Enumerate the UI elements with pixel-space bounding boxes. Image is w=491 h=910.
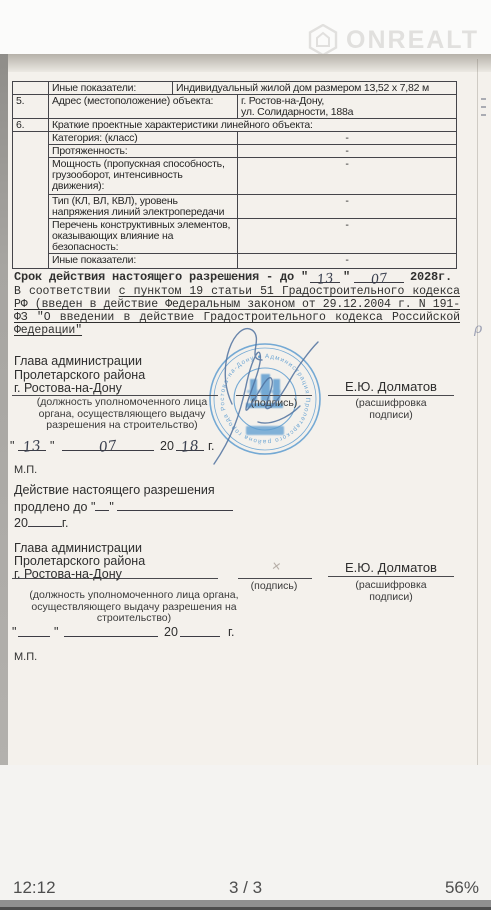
table-row: Тип (КЛ, ВЛ, КВЛ), уровень напряжения ли… [13,195,457,219]
table-row: Иные показатели: - [13,254,457,269]
extension-year-blank [28,514,62,527]
extension-quote: " [109,500,113,514]
signature-label: (подпись) [236,398,312,410]
signature-line [238,578,312,579]
date-year-printed: 20 [160,440,174,454]
handwritten-month: 07 [98,438,118,456]
date-month-blank [64,624,158,637]
seal-mark: М.П. [14,464,37,478]
signer-name: Е.Ю. Долматов [330,380,452,394]
date-quote: " [12,626,16,640]
margin-dash-marks [481,114,486,116]
top-app-band: ONREALT [0,0,491,54]
handwritten-year: 18 [180,438,200,456]
official-title-issued: Глава администрации Пролетарского района… [14,355,145,396]
row-value: - [238,219,457,254]
page-indicator: 3 / 3 [0,878,491,898]
legal-note: В соответствии с пунктом 19 статьи 51 Гр… [14,285,460,337]
table-row: Иные показатели: Индивидуальный жилой до… [13,82,457,95]
official-title-extension: Глава администрации Пролетарского района… [14,542,145,581]
row-value: - [238,254,457,269]
decode-line: подписи) [328,410,454,422]
role-note-line: разрешения на строительство) [16,420,228,432]
extension-day-blank [95,498,109,511]
document-photo[interactable]: ρ Иные показатели: Индивидуальный жилой … [0,54,491,765]
row-value: - [238,132,457,145]
row-value: - [238,145,457,158]
row-value: г. Ростов-на-Дону, ул. Солидарности, 188… [238,95,457,119]
table-row: 6. Краткие проектные характеристики лине… [13,119,457,132]
validity-month-blank: 07 [354,270,404,283]
date-day-blank [18,624,50,637]
validity-year: 2028г. [410,270,452,284]
scan-top-shadow [0,54,491,72]
date-day-blank: 13 [18,438,46,451]
decode-line: (расшифровка [328,398,454,410]
legal-note-plain: В соответствии [14,285,111,298]
date-year-printed: 20 [164,626,178,640]
extension-line: 20г. [14,514,233,531]
extension-heading: Действие настоящего разрешения продлено … [14,483,233,531]
table-row: Мощность (пропускная способность, грузоо… [13,158,457,195]
row-number: 5. [13,95,49,119]
margin-dash-marks [481,106,486,108]
row-label: Перечень конструктивных элементов, оказы… [49,219,238,254]
official-title-line: г. Ростова-на-Дону [14,382,145,396]
row-label: Протяженность: [49,145,238,158]
address-line: ул. Солидарности, 188а [241,107,453,118]
watermark-brand-label: ONREALT [346,26,479,55]
table-row: Категория: (класс) - [13,132,457,145]
margin-hand-letter: ρ [474,321,482,337]
name-signature-line [328,395,454,396]
date-quote: " [50,440,54,454]
paper-fold-line [477,59,478,765]
date-month-blank: 07 [62,438,154,451]
extension-line: Действие настоящего разрешения [14,483,233,498]
date-year-blank [180,624,220,637]
battery-percentage-label: 56% [445,878,479,898]
row-label: Иные показатели: [49,82,173,95]
row-value: - [238,195,457,219]
row-label: Тип (КЛ, ВЛ, КВЛ), уровень напряжения ли… [49,195,238,219]
table-row: 5. Адрес (местоположение) объекта: г. Ро… [13,95,457,119]
extension-date-blank [117,498,233,511]
signer-name: Е.Ю. Долматов [330,561,452,575]
validity-quote: " [343,270,350,284]
signature-line [236,395,312,396]
extension-line: продлено до "" [14,498,233,515]
role-note: (должность уполномоченного лица органа, … [14,590,254,625]
date-year-suffix: г. [228,626,235,640]
scan-left-edge [0,54,8,765]
name-decode-note: (расшифровка подписи) [328,398,454,421]
decode-line: подписи) [328,592,454,604]
nav-progress-bar [0,900,491,907]
status-bar: 12:12 3 / 3 56% [0,876,491,900]
role-note-line: (должность уполномоченного лица [16,397,228,409]
role-signature-line [12,578,218,579]
row-value: Индивидуальный жилой дом размером 13,52 … [173,82,457,95]
row-number: 6. [13,119,49,132]
role-note-line: строительство) [14,613,254,625]
date-year-blank: 18 [176,438,204,451]
row-label: Иные показатели: [49,254,238,269]
name-signature-line [328,576,454,577]
permit-table: Иные показатели: Индивидуальный жилой до… [12,81,457,269]
role-note: (должность уполномоченного лица органа, … [16,397,228,432]
row-number [13,82,49,95]
table-row: Протяженность: - [13,145,457,158]
row-label: Адрес (местоположение) объекта: [49,95,238,119]
onrealt-logo-icon [308,24,338,56]
seal-mark: М.П. [14,651,37,665]
handwritten-day: 13 [22,438,42,456]
row-label: Краткие проектные характеристики линейно… [49,119,457,132]
onrealt-watermark: ONREALT [308,24,479,56]
validity-lead: Срок действия настоящего разрешения - до… [14,270,308,284]
row-label: Мощность (пропускная способность, грузоо… [49,158,238,195]
extension-text: 20 [14,516,28,530]
row-number [13,132,49,269]
validity-day-blank: 13 [310,270,340,283]
table-row: Перечень конструктивных элементов, оказы… [13,219,457,254]
extension-text: продлено до " [14,500,95,514]
margin-dash-marks [481,98,486,100]
date-quote: " [54,626,58,640]
extension-text: г. [62,516,69,530]
official-title-line: г. Ростова-на-Дону [14,568,145,581]
row-value: - [238,158,457,195]
name-decode-note: (расшифровка подписи) [328,580,454,603]
decode-line: (расшифровка [328,580,454,592]
handwritten-x-mark: × [271,557,282,575]
date-quote: " [10,440,14,454]
official-title-line: Глава администрации [14,355,145,369]
photo-viewer-screen: ONREALT ρ Иные показатели: Индивидуальны… [0,0,491,910]
role-note-line: (должность уполномоченного лица органа, [14,590,254,602]
date-year-suffix: г. [208,440,215,454]
row-label: Категория: (класс) [49,132,238,145]
official-title-line: Пролетарского района [14,369,145,383]
